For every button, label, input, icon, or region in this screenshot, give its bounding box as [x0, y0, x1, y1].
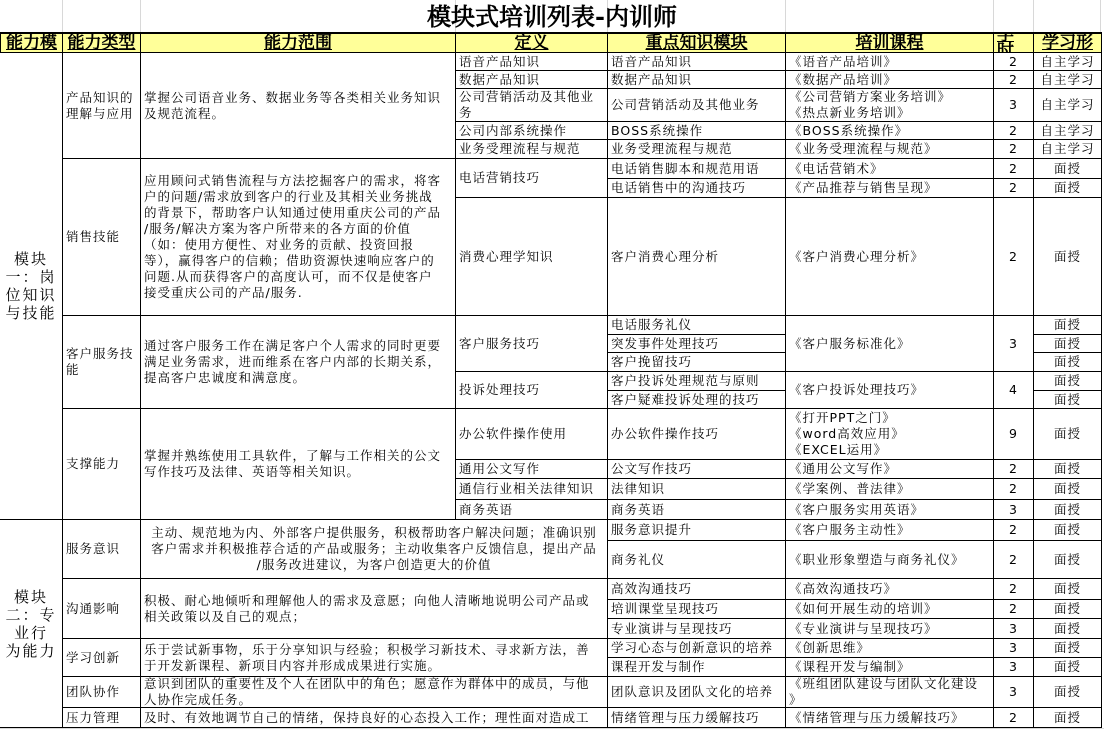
header-definition[interactable]: 定义 — [455, 32, 608, 53]
course-cell[interactable]: 《课程开发与编制》 — [785, 657, 994, 677]
definition-cell[interactable]: 客户服务技巧 — [455, 315, 608, 372]
module-cell[interactable]: 模块 二：专 业行 为能力 — [0, 519, 63, 728]
key-module-cell[interactable]: 客户投诉处理规范与原则 — [607, 371, 786, 391]
course-cell[interactable]: 《客户消费心理分析》 — [785, 197, 994, 316]
definition-cell[interactable]: 数据产品知识 — [455, 70, 608, 89]
key-module-cell[interactable]: 公司营销活动及其他业务 — [607, 88, 786, 122]
definition-cell[interactable]: 公司内部系统操作 — [455, 121, 608, 140]
method-cell[interactable]: 面授 — [1033, 578, 1102, 600]
course-cell[interactable]: 《专业演讲与呈现技巧》 — [785, 618, 994, 639]
ability-type-cell[interactable]: 产品知识的 理解与应用 — [62, 52, 141, 159]
ability-scope-cell[interactable]: 乐于尝试新事物，乐于分享知识与经验；积极学习新技术、寻求新方法，善 于开发新课程… — [140, 638, 608, 677]
hours-cell[interactable]: 2 — [993, 52, 1034, 71]
key-module-cell[interactable]: 高效沟通技巧 — [607, 578, 786, 600]
course-cell[interactable]: 《学案例、普法律》 — [785, 478, 994, 500]
course-cell[interactable]: 《创新思维》 — [785, 638, 994, 658]
method-cell[interactable]: 面授 — [1033, 657, 1102, 677]
key-module-cell[interactable]: 商务英语 — [607, 499, 786, 520]
method-cell[interactable]: 自主学习 — [1033, 52, 1102, 71]
ability-type-cell[interactable]: 支撑能力 — [62, 408, 141, 520]
course-cell[interactable]: 《公司营销方案业务培训》 《热点新业务培训》 — [785, 88, 994, 122]
method-cell[interactable]: 面授 — [1033, 540, 1102, 579]
definition-cell[interactable]: 通用公文写作 — [455, 459, 608, 479]
definition-cell[interactable]: 通信行业相关法律知识 — [455, 478, 608, 500]
definition-cell[interactable]: 电话营销技巧 — [455, 158, 608, 198]
method-cell[interactable]: 自主学习 — [1033, 139, 1102, 159]
key-module-cell[interactable]: 电话销售脚本和规范用语 — [607, 158, 786, 179]
definition-cell[interactable]: 商务英语 — [455, 499, 608, 520]
header-course[interactable]: 培训课程 — [785, 32, 994, 53]
course-cell[interactable]: 《BOSS系统操作》 — [785, 121, 994, 140]
ability-scope-cell[interactable]: 意识到团队的重要性及个人在团队中的角色；愿意作为群体中的成员，与他 人协作完成任… — [140, 676, 608, 708]
course-cell[interactable]: 《客户服务标准化》 — [785, 315, 994, 372]
course-cell[interactable]: 《数据产品培训》 — [785, 70, 994, 89]
training-table: 能力模能力类型能力范围定义重点知识模块培训课程学时学习形模块 一：岗 位知识 与… — [0, 0, 1104, 729]
key-module-cell[interactable]: 服务意识提升 — [607, 519, 786, 541]
course-cell[interactable]: 《产品推荐与销售呈现》 — [785, 178, 994, 198]
course-cell[interactable]: 《职业形象塑造与商务礼仪》 — [785, 540, 994, 579]
ability-scope-cell[interactable]: 掌握并熟练使用工具软件，了解与工作相关的公文 写作技巧及法律、英语等相关知识。 — [140, 408, 456, 520]
course-cell[interactable]: 《客户服务主动性》 — [785, 519, 994, 541]
method-cell[interactable]: 面授 — [1033, 499, 1102, 520]
key-module-cell[interactable]: 课程开发与制作 — [607, 657, 786, 677]
key-module-cell[interactable]: 突发事件处理技巧 — [607, 334, 786, 353]
ability-type-cell[interactable]: 团队协作 — [62, 676, 141, 708]
key-module-cell[interactable]: 商务礼仪 — [607, 540, 786, 579]
course-cell[interactable]: 《高效沟通技巧》 — [785, 578, 994, 600]
method-cell[interactable]: 自主学习 — [1033, 121, 1102, 140]
ability-scope-cell[interactable]: 应用顾问式销售流程与方法挖掘客户的需求，将客 户的问题/需求放到客户的行业及其相… — [140, 158, 456, 316]
hours-cell[interactable]: 3 — [993, 88, 1034, 122]
ability-type-cell[interactable]: 客户服务技 能 — [62, 315, 141, 409]
module-cell[interactable]: 模块 一：岗 位知识 与技能 — [0, 52, 63, 520]
key-module-cell[interactable]: 电话服务礼仪 — [607, 315, 786, 335]
method-cell[interactable]: 面授 — [1033, 618, 1102, 639]
ability-scope-cell[interactable]: 及时、有效地调节自己的情绪，保持良好的心态投入工作；理性面对造成工 — [140, 707, 608, 728]
method-cell[interactable]: 自主学习 — [1033, 70, 1102, 89]
key-module-cell[interactable]: 数据产品知识 — [607, 70, 786, 89]
header-module[interactable]: 能力模 — [0, 32, 63, 53]
hours-cell[interactable]: 2 — [993, 70, 1034, 89]
definition-cell[interactable]: 公司营销活动及其他业 务 — [455, 88, 608, 122]
method-cell[interactable]: 面授 — [1033, 478, 1102, 500]
definition-cell[interactable]: 语音产品知识 — [455, 52, 608, 71]
course-cell[interactable]: 《情绪管理与压力缓解技巧》 — [785, 707, 994, 728]
key-module-cell[interactable]: 办公软件操作技巧 — [607, 408, 786, 460]
method-cell[interactable]: 面授 — [1033, 408, 1102, 460]
key-module-cell[interactable]: 情绪管理与压力缓解技巧 — [607, 707, 786, 728]
key-module-cell[interactable]: 学习心态与创新意识的培养 — [607, 638, 786, 658]
method-cell[interactable]: 面授 — [1033, 638, 1102, 658]
method-cell[interactable]: 面授 — [1033, 707, 1102, 728]
course-cell[interactable]: 《通用公文写作》 — [785, 459, 994, 479]
method-cell[interactable]: 面授 — [1033, 371, 1102, 391]
course-cell[interactable]: 《班组团队建设与团队文化建设 》 — [785, 676, 994, 708]
key-module-cell[interactable]: 专业演讲与呈现技巧 — [607, 618, 786, 639]
key-module-cell[interactable]: 客户消费心理分析 — [607, 197, 786, 316]
hours-cell[interactable]: 2 — [993, 139, 1034, 159]
method-cell[interactable]: 面授 — [1033, 197, 1102, 316]
ability-type-cell[interactable]: 压力管理 — [62, 707, 141, 728]
key-module-cell[interactable]: 业务受理流程与规范 — [607, 139, 786, 159]
course-cell[interactable]: 《打开PPT之门》 《word高效应用》 《EXCEL运用》 — [785, 408, 994, 460]
method-cell[interactable]: 面授 — [1033, 158, 1102, 179]
method-cell[interactable]: 面授 — [1033, 676, 1102, 708]
header-method[interactable]: 学习形 — [1033, 32, 1102, 53]
hours-cell[interactable]: 2 — [993, 178, 1034, 198]
hours-cell[interactable]: 3 — [993, 638, 1034, 658]
header-type[interactable]: 能力类型 — [62, 32, 141, 53]
hours-cell[interactable]: 2 — [993, 707, 1034, 728]
ability-type-cell[interactable]: 沟通影响 — [62, 578, 141, 639]
key-module-cell[interactable]: BOSS系统操作 — [607, 121, 786, 140]
hours-cell[interactable]: 3 — [993, 676, 1034, 708]
key-module-cell[interactable]: 法律知识 — [607, 478, 786, 500]
method-cell[interactable]: 面授 — [1033, 390, 1102, 409]
hours-cell[interactable]: 2 — [993, 578, 1034, 600]
ability-scope-cell[interactable]: 掌握公司语音业务、数据业务等各类相关业务知识 及规范流程。 — [140, 52, 456, 159]
hours-cell[interactable]: 3 — [993, 315, 1034, 372]
ability-scope-cell[interactable]: 通过客户服务工作在满足客户个人需求的同时更要 满足业务需求，进而维系在客户内部的… — [140, 315, 456, 409]
ability-scope-cell[interactable]: 主动、规范地为内、外部客户提供服务，积极帮助客户解决问题；准确识别 客户需求并积… — [140, 519, 608, 579]
definition-cell[interactable]: 办公软件操作使用 — [455, 408, 608, 460]
hours-cell[interactable]: 3 — [993, 657, 1034, 677]
method-cell[interactable]: 面授 — [1033, 599, 1102, 619]
hours-cell[interactable]: 2 — [993, 121, 1034, 140]
hours-cell[interactable]: 2 — [993, 599, 1034, 619]
hours-cell[interactable]: 2 — [993, 459, 1034, 479]
key-module-cell[interactable]: 培训课堂呈现技巧 — [607, 599, 786, 619]
course-cell[interactable]: 《电话营销术》 — [785, 158, 994, 179]
ability-type-cell[interactable]: 销售技能 — [62, 158, 141, 316]
hours-cell[interactable]: 2 — [993, 540, 1034, 579]
course-cell[interactable]: 《业务受理流程与规范》 — [785, 139, 994, 159]
method-cell[interactable]: 面授 — [1033, 519, 1102, 541]
hours-cell[interactable]: 4 — [993, 371, 1034, 409]
hours-cell[interactable]: 2 — [993, 519, 1034, 541]
course-cell[interactable]: 《客户服务实用英语》 — [785, 499, 994, 520]
definition-cell[interactable]: 投诉处理技巧 — [455, 371, 608, 409]
hours-cell[interactable]: 9 — [993, 408, 1034, 460]
method-cell[interactable]: 自主学习 — [1033, 88, 1102, 122]
header-key-module[interactable]: 重点知识模块 — [607, 32, 786, 53]
header-hours[interactable]: 学时 — [993, 32, 1034, 53]
hours-cell[interactable]: 2 — [993, 478, 1034, 500]
ability-type-cell[interactable]: 服务意识 — [62, 519, 141, 579]
method-cell[interactable]: 面授 — [1033, 352, 1102, 372]
method-cell[interactable]: 面授 — [1033, 459, 1102, 479]
method-cell[interactable]: 面授 — [1033, 334, 1102, 353]
course-cell[interactable]: 《如何开展生动的培训》 — [785, 599, 994, 619]
definition-cell[interactable]: 消费心理学知识 — [455, 197, 608, 316]
ability-type-cell[interactable]: 学习创新 — [62, 638, 141, 677]
course-cell[interactable]: 《客户投诉处理技巧》 — [785, 371, 994, 409]
method-cell[interactable]: 面授 — [1033, 178, 1102, 198]
hours-cell[interactable]: 3 — [993, 499, 1034, 520]
hours-cell[interactable]: 3 — [993, 618, 1034, 639]
method-cell[interactable]: 面授 — [1033, 315, 1102, 335]
key-module-cell[interactable]: 客户疑难投诉处理的技巧 — [607, 390, 786, 409]
ability-scope-cell[interactable]: 积极、耐心地倾听和理解他人的需求及意愿；向他人清晰地说明公司产品或 相关政策以及… — [140, 578, 608, 639]
key-module-cell[interactable]: 语音产品知识 — [607, 52, 786, 71]
definition-cell[interactable]: 业务受理流程与规范 — [455, 139, 608, 159]
hours-cell[interactable]: 2 — [993, 158, 1034, 179]
header-scope[interactable]: 能力范围 — [140, 32, 456, 53]
hours-cell[interactable]: 2 — [993, 197, 1034, 316]
course-cell[interactable]: 《语音产品培训》 — [785, 52, 994, 71]
key-module-cell[interactable]: 公文写作技巧 — [607, 459, 786, 479]
key-module-cell[interactable]: 电话销售中的沟通技巧 — [607, 178, 786, 198]
key-module-cell[interactable]: 客户挽留技巧 — [607, 352, 786, 372]
key-module-cell[interactable]: 团队意识及团队文化的培养 — [607, 676, 786, 708]
